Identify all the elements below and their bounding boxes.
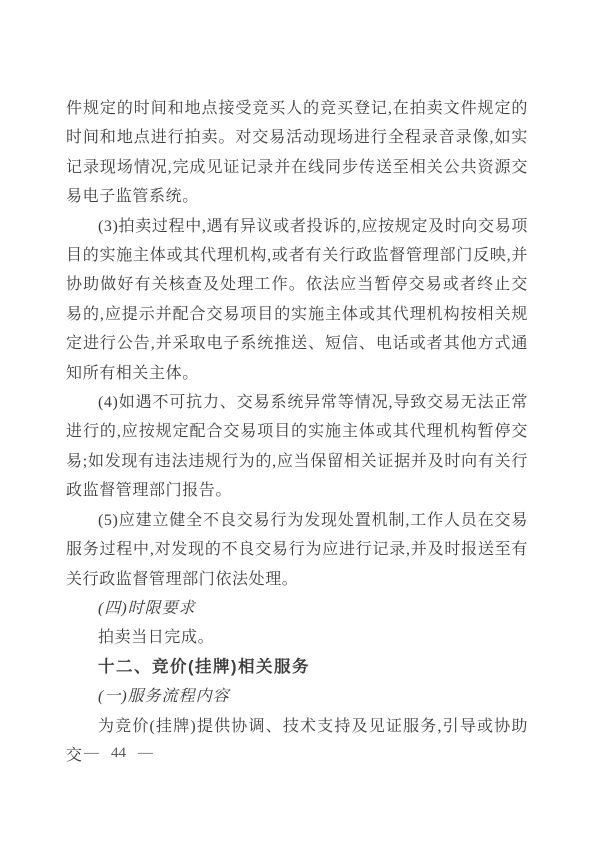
- subheading-time-limit-requirement: (四)时限要求: [66, 594, 528, 623]
- subheading-service-process-content: (一)服务流程内容: [66, 682, 528, 711]
- footer-dash-right: —: [138, 745, 153, 762]
- para-item-4: (4)如遇不可抗力、交易系统异常等情况,导致交易无法正常进行的,应按规定配合交易…: [66, 388, 528, 506]
- para-item-3: (3)拍卖过程中,遇有异议或者投诉的,应按规定及时向交易项目的实施主体或其代理机…: [66, 212, 528, 388]
- para-auction-same-day: 拍卖当日完成。: [66, 623, 528, 652]
- page-number: 44: [111, 745, 126, 762]
- footer-dash-left: —: [84, 745, 99, 762]
- para-continuation: 件规定的时间和地点接受竞买人的竞买登记,在拍卖文件规定的时间和地点进行拍卖。对交…: [66, 94, 528, 212]
- document-body: 件规定的时间和地点接受竞买人的竞买登记,在拍卖文件规定的时间和地点进行拍卖。对交…: [66, 94, 528, 770]
- para-item-5: (5)应建立健全不良交易行为发现处置机制,工作人员在交易服务过程中,对发现的不良…: [66, 506, 528, 594]
- document-page: 件规定的时间和地点接受竞买人的竞买登记,在拍卖文件规定的时间和地点进行拍卖。对交…: [0, 0, 594, 843]
- page-footer: — 44 —: [84, 745, 153, 762]
- heading-chapter-12-bidding-listing-services: 十二、竞价(挂牌)相关服务: [66, 653, 528, 682]
